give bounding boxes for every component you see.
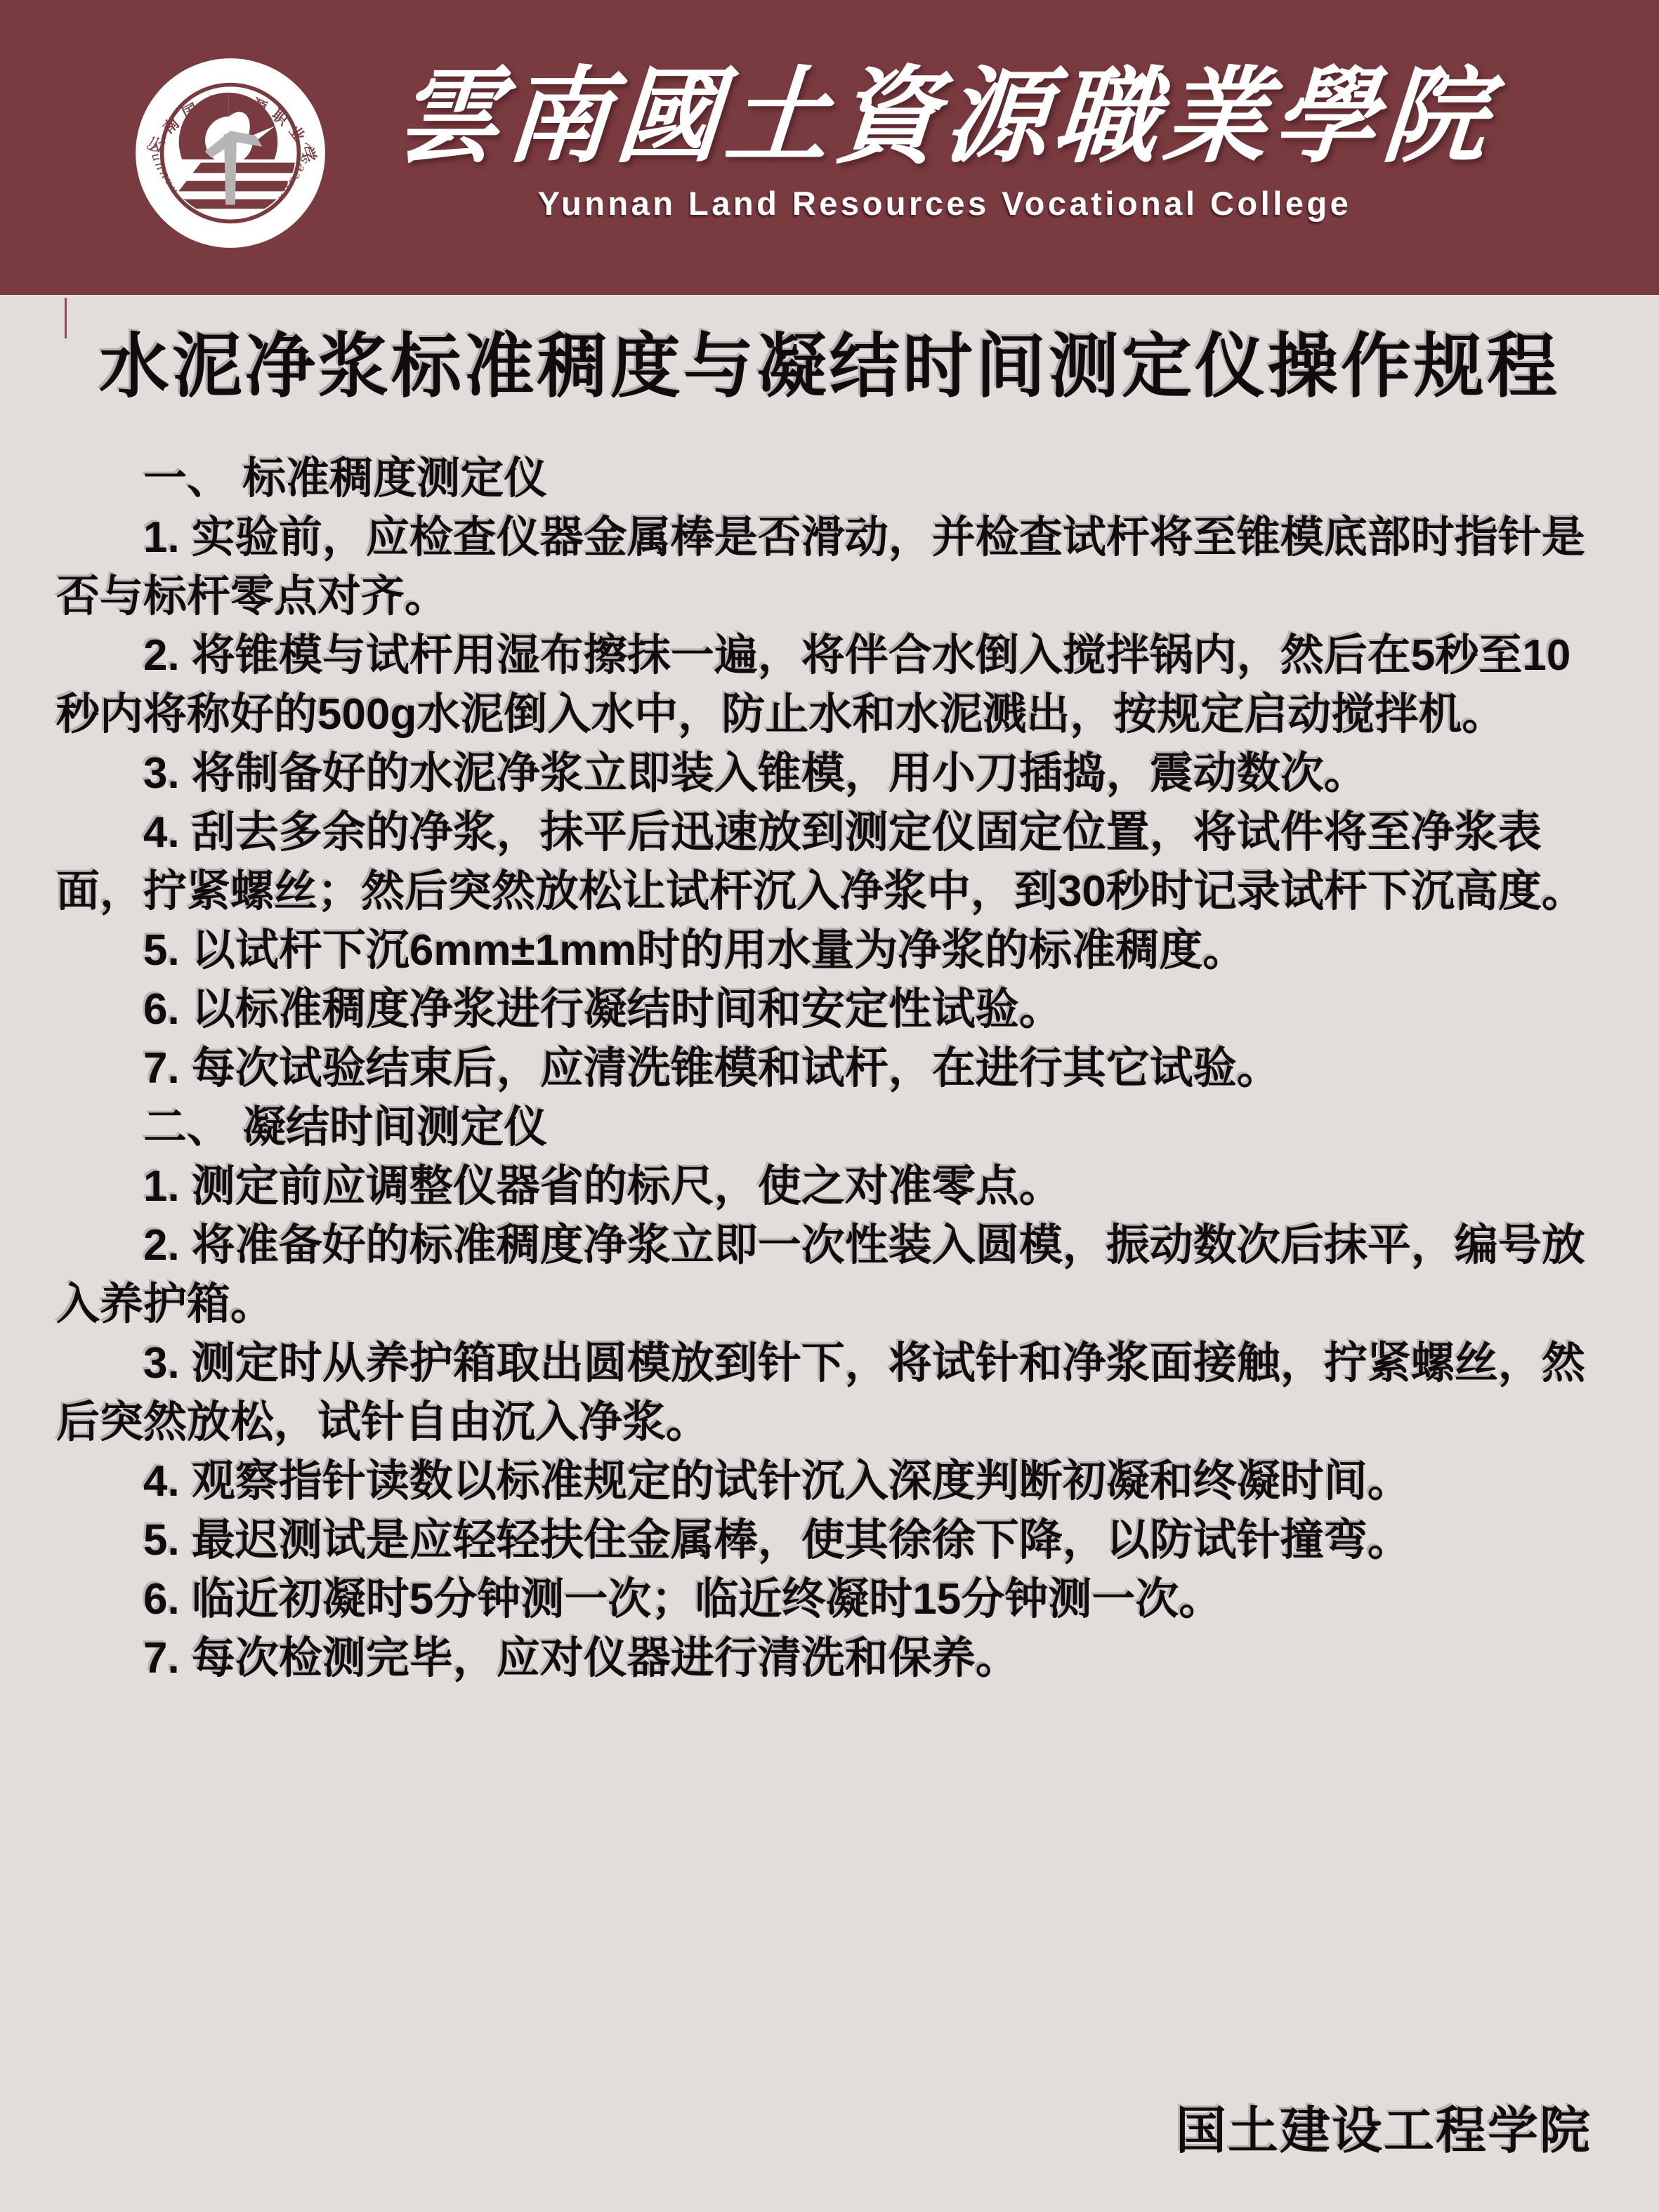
section-heading: 一、 标准稠度测定仪: [56, 449, 1603, 508]
college-name-block: 雲南國土資源職業學院 Yunnan Land Resources Vocatio…: [330, 49, 1559, 223]
procedure-item: 2. 将锥模与试杆用湿布擦抹一遍，将伴合水倒入搅拌锅内，然后在5秒至10秒内将称…: [56, 626, 1603, 744]
procedure-item: 1. 测定前应调整仪器省的标尺，使之对准零点。: [56, 1157, 1603, 1216]
procedure-item: 6. 以标准稠度净浆进行凝结时间和安定性试验。: [56, 980, 1603, 1039]
procedure-item: 6. 临近初凝时5分钟测一次；临近终凝时15分钟测一次。: [56, 1570, 1603, 1629]
procedure-item: 4. 刮去多余的净浆，抹平后迅速放到测定仪固定位置，将试件将至净浆表面，拧紧螺丝…: [56, 803, 1603, 921]
procedure-item: 4. 观察指针读数以标准规定的试针沉入深度判断初凝和终凝时间。: [56, 1452, 1603, 1511]
issuing-department-signature: 国土建设工程学院: [1176, 2090, 1592, 2163]
procedure-text: 一、 标准稠度测定仪 1. 实验前，应检查仪器金属棒是否滑动，并检查试杆将至锥模…: [56, 449, 1603, 1688]
procedure-item: 1. 实验前，应检查仪器金属棒是否滑动，并检查试杆将至锥模底部时指针是否与标杆零…: [56, 508, 1603, 626]
scan-line-artifact: [65, 298, 67, 338]
procedure-item: 2. 将准备好的标准稠度净浆立即一次性装入圆模，振动数次后抹平，编号放入养护箱。: [56, 1216, 1603, 1334]
procedure-item: 7. 每次检测完毕，应对仪器进行清洗和保养。: [56, 1629, 1603, 1688]
procedure-item: 5. 最迟测试是应轻轻扶住金属棒，使其徐徐下降，以防试针撞弯。: [56, 1511, 1603, 1570]
document-page: 云南国土资源职业学院 yunnan land and resources voc…: [0, 0, 1659, 2212]
document-content: 水泥净浆标准稠度与凝结时间测定仪操作规程 一、 标准稠度测定仪 1. 实验前，应…: [0, 295, 1659, 2212]
college-seal-logo: 云南国土资源职业学院 yunnan land and resources voc…: [135, 58, 326, 249]
college-name-english: Yunnan Land Resources Vocational College: [330, 184, 1559, 223]
section-heading: 二、 凝结时间测定仪: [56, 1098, 1603, 1157]
college-header-banner: 云南国土资源职业学院 yunnan land and resources voc…: [0, 0, 1659, 295]
procedure-item: 3. 将制备好的水泥净浆立即装入锥模，用小刀插捣，震动数次。: [56, 744, 1603, 803]
procedure-item: 5. 以试杆下沉6mm±1mm时的用水量为净浆的标准稠度。: [56, 921, 1603, 980]
procedure-item: 7. 每次试验结束后，应清洗锥模和试杆，在进行其它试验。: [56, 1039, 1603, 1098]
college-name-calligraphy: 雲南國土資源職業學院: [325, 49, 1563, 183]
procedure-item: 3. 测定时从养护箱取出圆模放到针下，将试针和净浆面接触，拧紧螺丝，然后突然放松…: [56, 1334, 1603, 1452]
document-title: 水泥净浆标准稠度与凝结时间测定仪操作规程: [56, 327, 1603, 406]
college-seal-icon: 云南国土资源职业学院 yunnan land and resources voc…: [135, 58, 326, 249]
